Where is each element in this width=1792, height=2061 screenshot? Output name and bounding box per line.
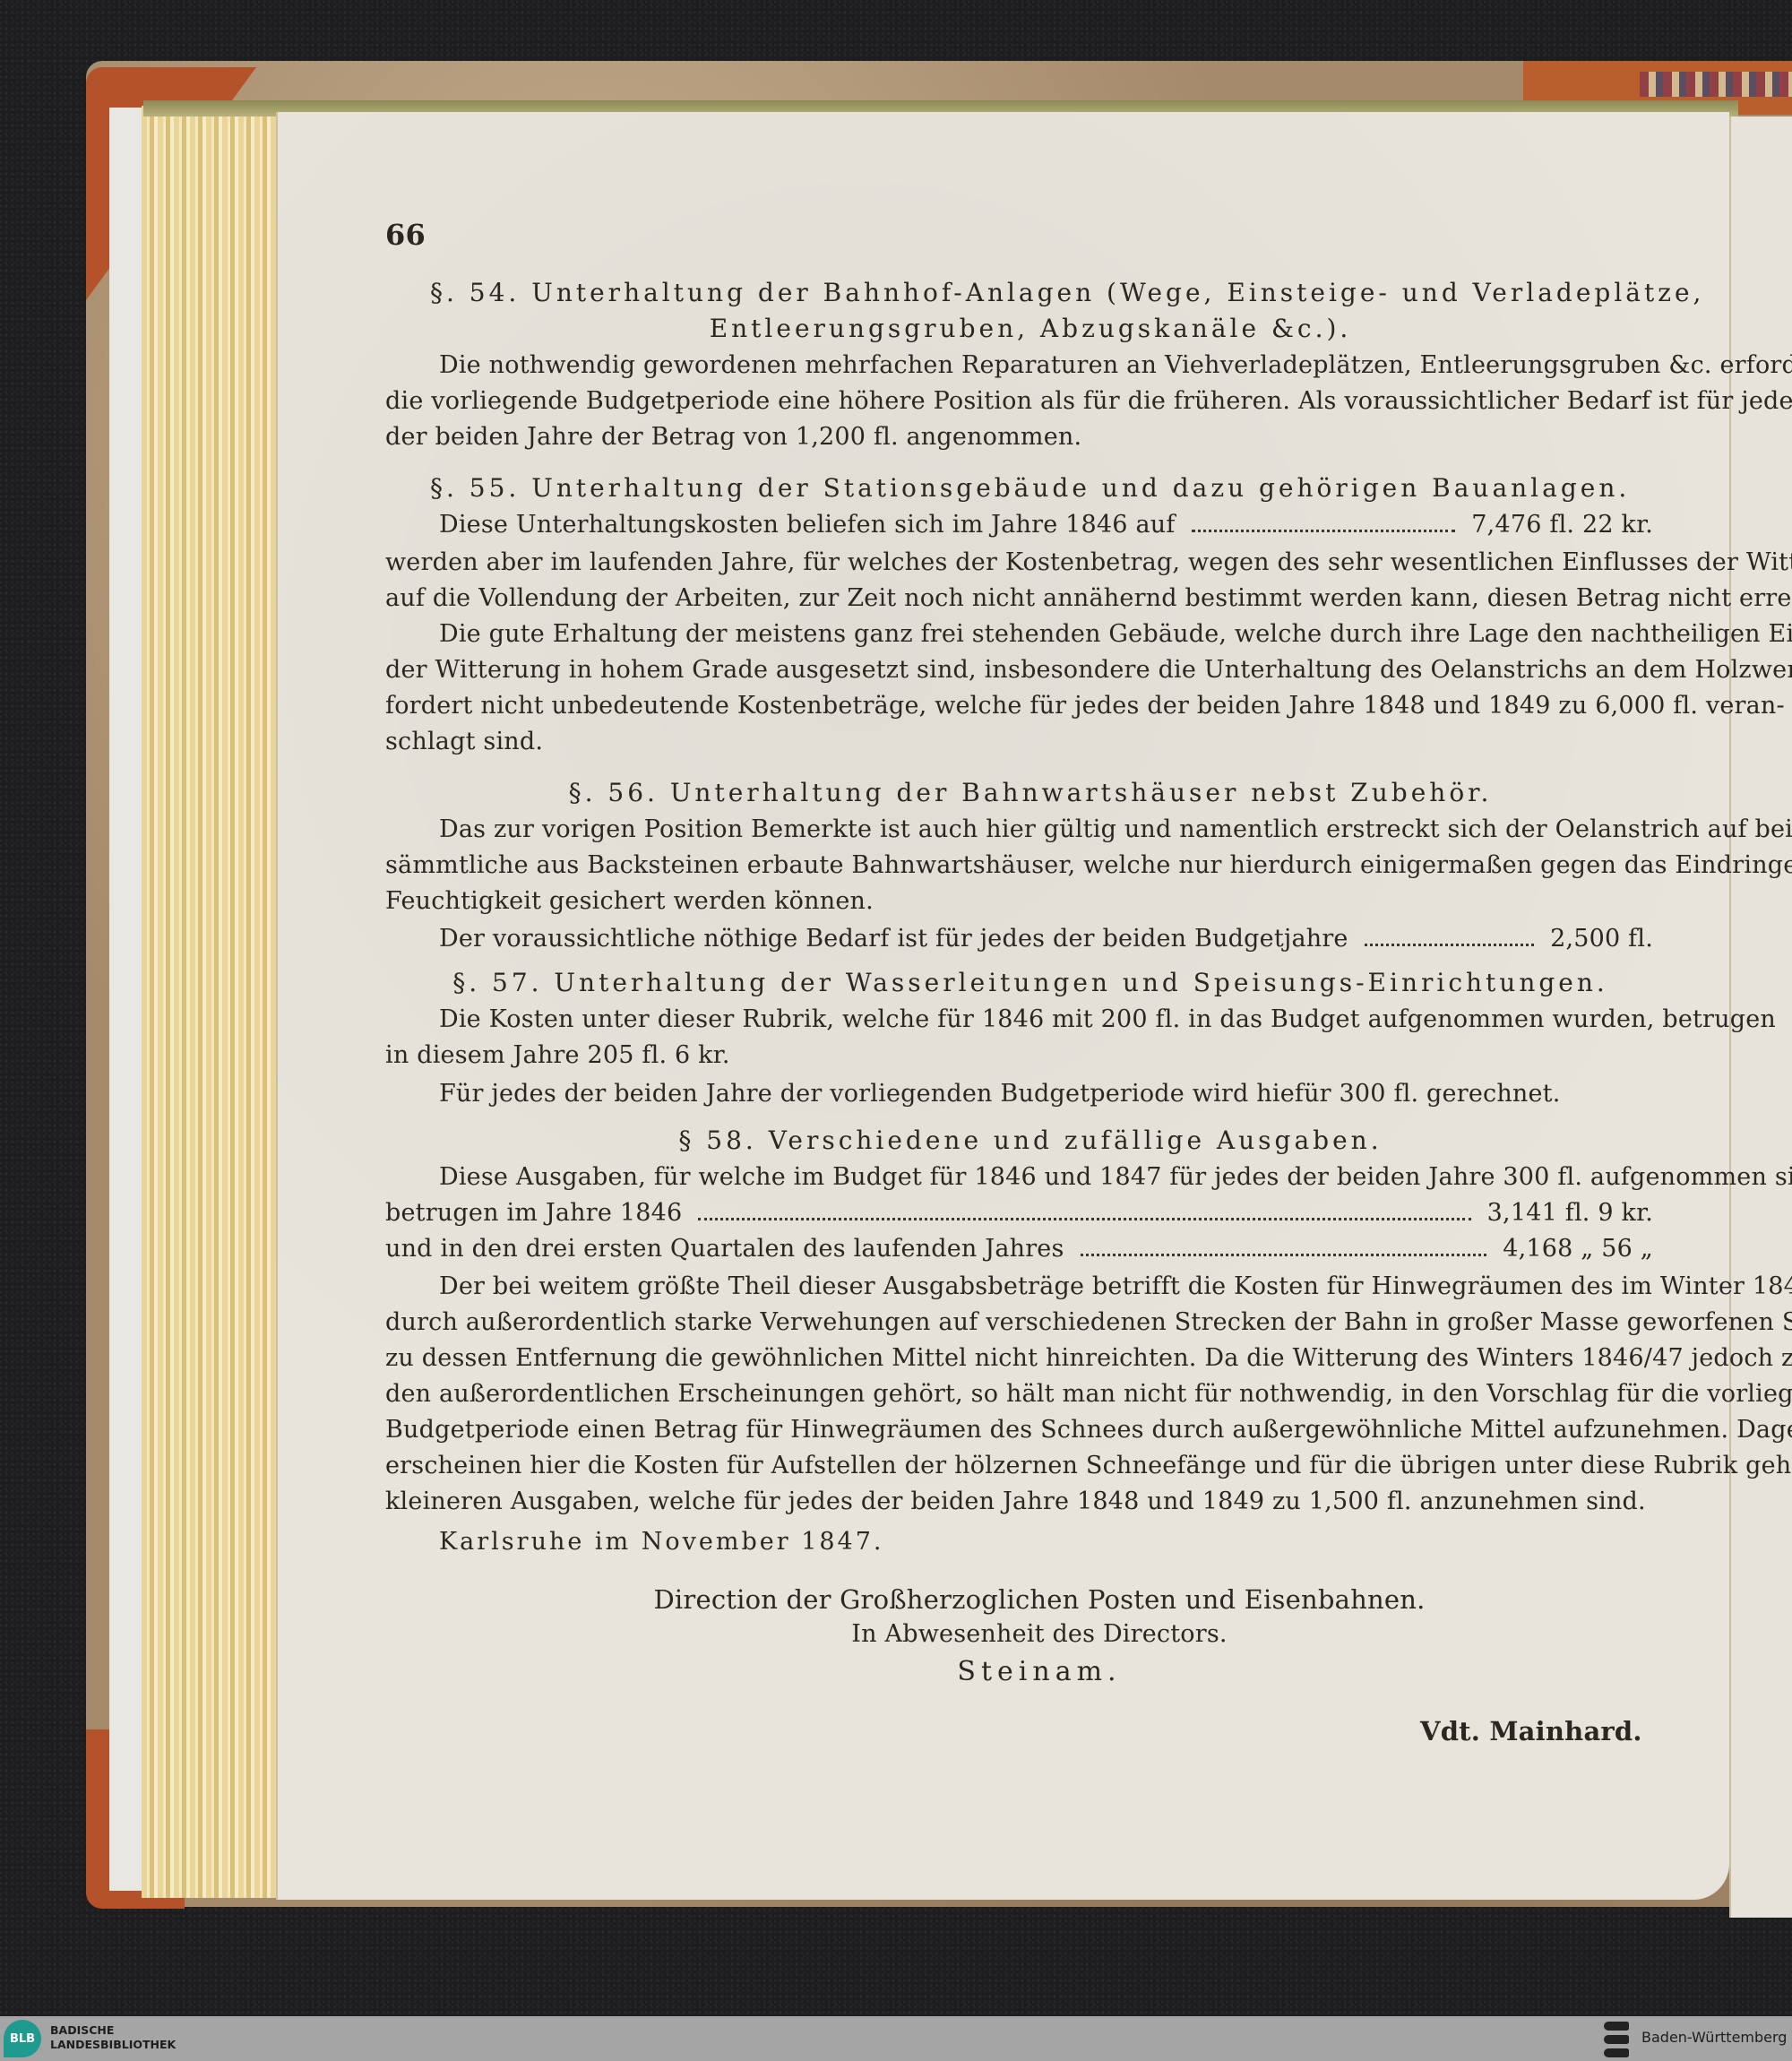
section-56-cost-row: Der voraussichtliche nöthige Bedarf ist … — [439, 925, 1653, 953]
absence-note: In Abwesenheit des Directors. — [538, 1620, 1541, 1648]
dot-leader — [698, 1218, 1470, 1220]
section-57-line: Für jedes der beiden Jahre der vorliegen… — [439, 1080, 1561, 1108]
cost-amount: 7,476 fl. 22 kr. — [1471, 511, 1653, 539]
cost-label: und in den drei ersten Quartalen des lau… — [385, 1235, 1064, 1263]
section-54-line: der beiden Jahre der Betrag von 1,200 fl… — [385, 423, 1081, 451]
section-55-heading: §. 55. Unterhaltung der Stationsgebäude … — [430, 473, 1595, 503]
section-54-heading-cont: Entleerungsgruben, Abzugskanäle &c.). — [430, 314, 1631, 343]
section-58-cost-row: und in den drei ersten Quartalen des lau… — [385, 1235, 1653, 1263]
section-57-line: in diesem Jahre 205 fl. 6 kr. — [385, 1041, 730, 1069]
section-58-line: durch außerordentlich starke Verwehungen… — [385, 1308, 1653, 1336]
section-58-heading: § 58. Verschiedene und zufällige Ausgabe… — [448, 1125, 1613, 1155]
section-57-heading: §. 57. Unterhaltung der Wasserleitungen … — [430, 968, 1631, 997]
section-58-line: den außerordentlichen Erscheinungen gehö… — [385, 1380, 1653, 1408]
signatory: Steinam. — [538, 1656, 1541, 1687]
footer-bar: BLB BADISCHE LANDESBIBLIOTHEK Baden-Würt… — [0, 2016, 1792, 2061]
section-58-intro: Diese Ausgaben, für welche im Budget für… — [439, 1163, 1653, 1191]
library-name-line2: LANDESBIBLIOTHEK — [50, 2038, 176, 2052]
section-56-heading: §. 56. Unterhaltung der Bahnwartshäuser … — [448, 778, 1613, 807]
library-name-line1: BADISCHE — [50, 2023, 176, 2038]
section-58-line: zu dessen Entfernung die gewöhnlichen Mi… — [385, 1344, 1653, 1372]
cost-amount: 4,168 „ 56 „ — [1503, 1235, 1653, 1263]
dot-leader — [1192, 530, 1456, 532]
section-54-line: Die nothwendig gewordenen mehrfachen Rep… — [439, 351, 1653, 379]
section-56-line: Das zur vorigen Position Bemerkte ist au… — [439, 815, 1653, 843]
section-55-cost-row: Diese Unterhaltungskosten beliefen sich … — [439, 511, 1653, 539]
section-55-line: schlagt sind. — [385, 728, 543, 755]
cost-label: Der voraussichtliche nöthige Bedarf ist … — [439, 925, 1348, 953]
section-55-line: Die gute Erhaltung der meistens ganz fre… — [439, 620, 1653, 648]
page-edges — [142, 106, 276, 1898]
issuing-authority: Direction der Großherzoglichen Posten un… — [538, 1584, 1541, 1615]
section-58-line: Der bei weitem größte Theil dieser Ausga… — [439, 1272, 1653, 1300]
section-54-line: die vorliegende Budgetperiode eine höher… — [385, 387, 1653, 415]
section-55-line: der Witterung in hohem Grade ausgesetzt … — [385, 656, 1653, 684]
state-name: Baden-Württemberg — [1641, 2029, 1787, 2046]
vidit-signature: Vdt. Mainhard. — [1420, 1716, 1642, 1746]
section-58-cost-row: betrugen im Jahre 1846 3,141 fl. 9 kr. — [385, 1199, 1653, 1228]
cost-amount: 2,500 fl. — [1550, 925, 1653, 953]
endpaper — [109, 108, 142, 1891]
section-55-line: auf die Vollendung der Arbeiten, zur Zei… — [385, 584, 1653, 612]
section-58-line: Budgetperiode einen Betrag für Hinwegräu… — [385, 1416, 1653, 1444]
section-57-line: Die Kosten unter dieser Rubrik, welche f… — [439, 1005, 1653, 1033]
library-name: BADISCHE LANDESBIBLIOTHEK — [50, 2023, 176, 2052]
section-58-line: erscheinen hier die Kosten für Aufstelle… — [385, 1452, 1653, 1479]
section-54-heading: §. 54. Unterhaltung der Bahnhof-Anlagen … — [430, 278, 1631, 307]
page-number: 66 — [385, 218, 426, 252]
dot-leader — [1081, 1254, 1487, 1256]
place-date: Karlsruhe im November 1847. — [439, 1528, 884, 1556]
three-lions-crest-icon[interactable] — [1604, 2022, 1629, 2057]
cost-label: Diese Unterhaltungskosten beliefen sich … — [439, 511, 1176, 539]
cost-label: betrugen im Jahre 1846 — [385, 1199, 682, 1227]
section-55-line: fordert nicht unbedeutende Kostenbeträge… — [385, 692, 1653, 720]
section-56-line: Feuchtigkeit gesichert werden können. — [385, 887, 874, 915]
blb-logo-icon[interactable]: BLB — [4, 2020, 41, 2057]
section-56-line: sämmtliche aus Backsteinen erbaute Bahnw… — [385, 851, 1653, 879]
cost-amount: 3,141 fl. 9 kr. — [1487, 1199, 1653, 1227]
headband — [1640, 72, 1792, 97]
section-58-line: kleineren Ausgaben, welche für jedes der… — [385, 1488, 1646, 1515]
dot-leader — [1365, 944, 1534, 946]
section-55-line: werden aber im laufenden Jahre, für welc… — [385, 548, 1653, 576]
